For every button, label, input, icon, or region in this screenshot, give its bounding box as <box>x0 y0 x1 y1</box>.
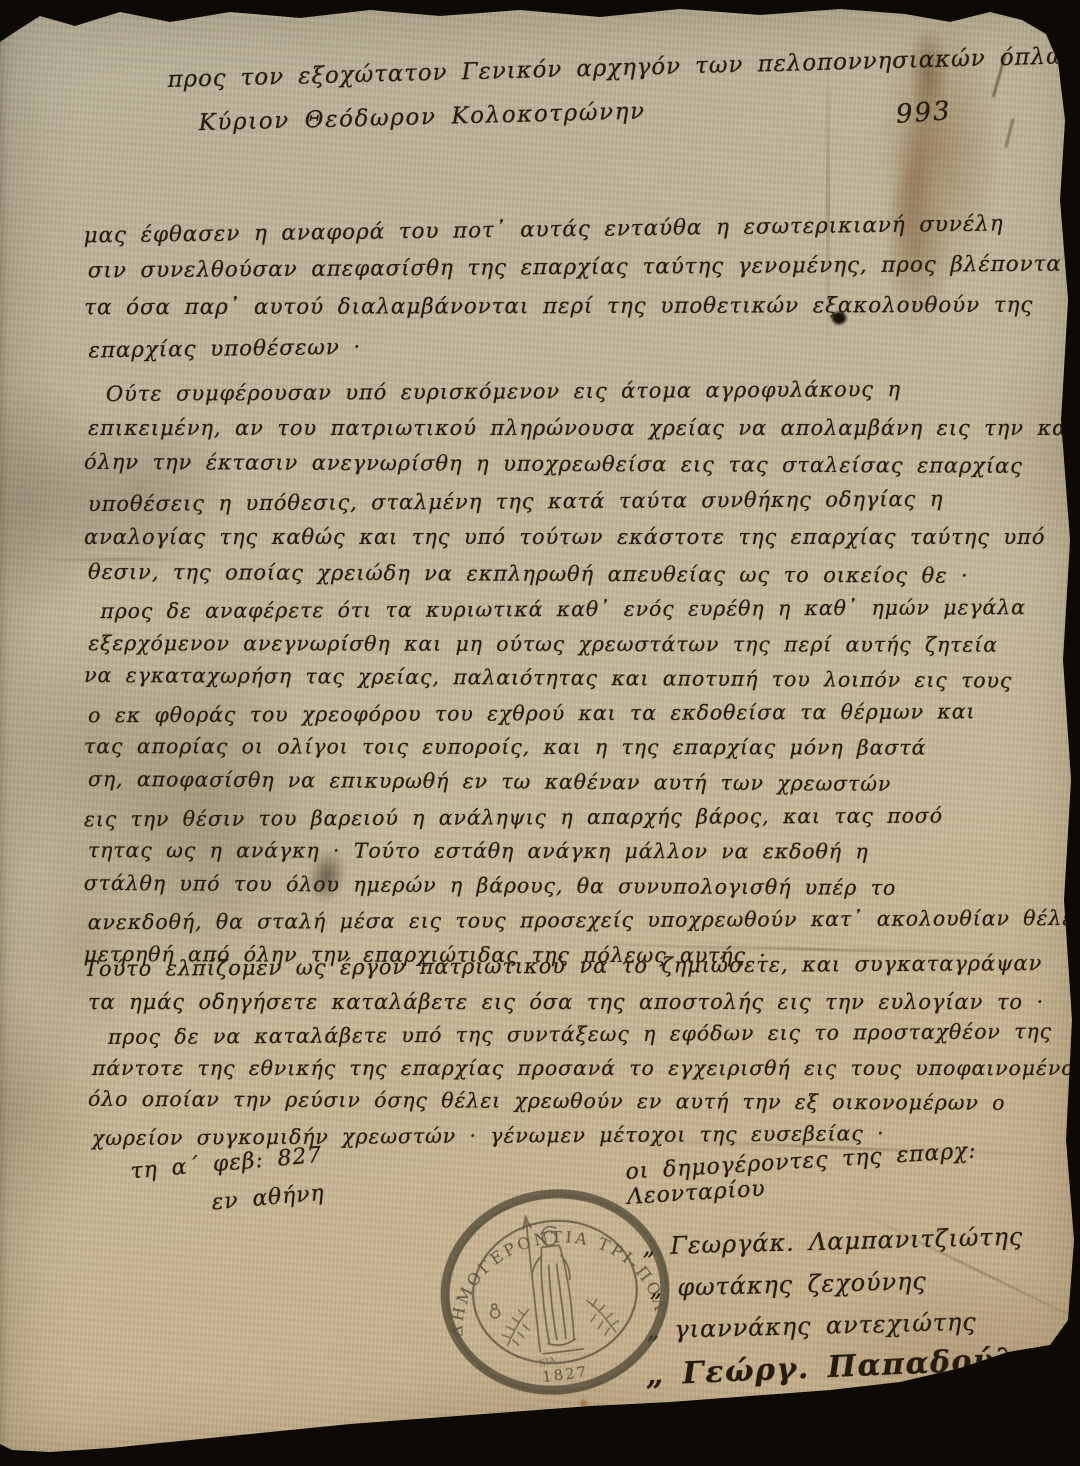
text-line: υποθέσεις η υπόθεσις, σταλμένη της κατά … <box>88 480 1080 523</box>
text-line: επικειμένη, αν του πατριωτικού πληρώνουσ… <box>88 410 1080 447</box>
text-line: προς δε αναφέρετε ότι τα κυριωτικά καθ᾽ … <box>84 590 1080 629</box>
paragraph-3: προς δε αναφέρετε ότι τα κυριωτικά καθ᾽ … <box>84 591 1080 973</box>
text-line: τα ημάς οδηγήσετε καταλάβετε εις όσα της… <box>88 984 1044 1020</box>
text-line: τητας ως η ανάγκη · Τούτο εστάθη ανάγκη … <box>88 833 1080 869</box>
laurel-branches-icon <box>499 1297 621 1348</box>
paragraph-2: Ούτε συμφέρουσαν υπό ευρισκόμενον εις άτ… <box>84 373 1080 593</box>
text-line: ο εκ φθοράς του χρεοφόρου του εχθρού και… <box>88 694 1080 733</box>
text-line: Τούτο ελπίζομεν ως έργον πατριωτικού να … <box>84 945 1044 987</box>
text-line: όλο οποίαν την ρεύσιν όσης θέλει χρεωθού… <box>88 1083 1080 1121</box>
text-line: στάλθη υπό του όλου ημερών η βάρους, θα … <box>84 866 1080 907</box>
paragraph-1: μας έφθασεν η αναφορά του ποτ᾽ αυτάς εντ… <box>83 208 1062 368</box>
address-header: προς τον εξοχώτατον Γενικόν αρχηγόν των … <box>167 34 1080 146</box>
date-block: τη α΄ φεβ: 827εν αθήνη <box>129 1137 327 1229</box>
text-line: πάντοτε της εθνικής της επαρχίας προσανά… <box>92 1052 1080 1086</box>
signature-block: „ Γεωργάκ. Λαμπανιτζιώτης„ φωτάκης ζεχού… <box>642 1215 1062 1394</box>
text-line: ση, αποφασίσθη να επικυρωθή εν τω καθένα… <box>88 762 1080 803</box>
paragraph-5: προς δε να καταλάβετε υπό της συντάξεως … <box>88 1018 1080 1152</box>
text-line: Ούτε συμφέρουσαν υπό ευρισκόμενον εις άτ… <box>84 370 1080 413</box>
text-line: προς δε να καταλάβετε υπό της συντάξεως … <box>88 1015 1080 1055</box>
registry-number: 993 <box>895 96 953 130</box>
scanned-document: προς τον εξοχώτατον Γενικόν αρχηγόν των … <box>0 0 1080 1466</box>
text-line: να εγκαταχωρήση τας χρείας, παλαιότητας … <box>84 658 1080 699</box>
text-line: όλην την έκτασιν ανεγνωρίσθη η υποχρεωθε… <box>84 444 1080 485</box>
text-line: εις την θέσιν του βαρειού η ανάληψις η α… <box>84 797 1080 836</box>
text-line: εξερχόμενον ανεγνωρίσθη και μη ούτως χρε… <box>88 626 1080 662</box>
text-line: θεσιν, της οποίας χρειώδη να εκπληρωθή α… <box>88 554 1080 595</box>
seal-stamp: ΔΗΜΟΓΕΡΟΝΤΙΑ ΤΡΙ-ΠΟΛΙΤΖΑΣ <box>418 1168 693 1417</box>
paper-sheet: προς τον εξοχώτατον Γενικόν αρχηγόν των … <box>0 0 1080 1466</box>
text-line: ανεκδοθή, θα σταλή μέσα εις τους προσεχε… <box>88 901 1080 940</box>
text-line: αναλογίας της καθώς και της υπό τούτων ε… <box>84 519 1080 556</box>
text-line: τας απορίας οι ολίγοι τοις ευποροίς, και… <box>84 729 1080 765</box>
paragraph-4: Τούτο ελπίζομεν ως έργον πατριωτικού να … <box>84 948 1044 1020</box>
